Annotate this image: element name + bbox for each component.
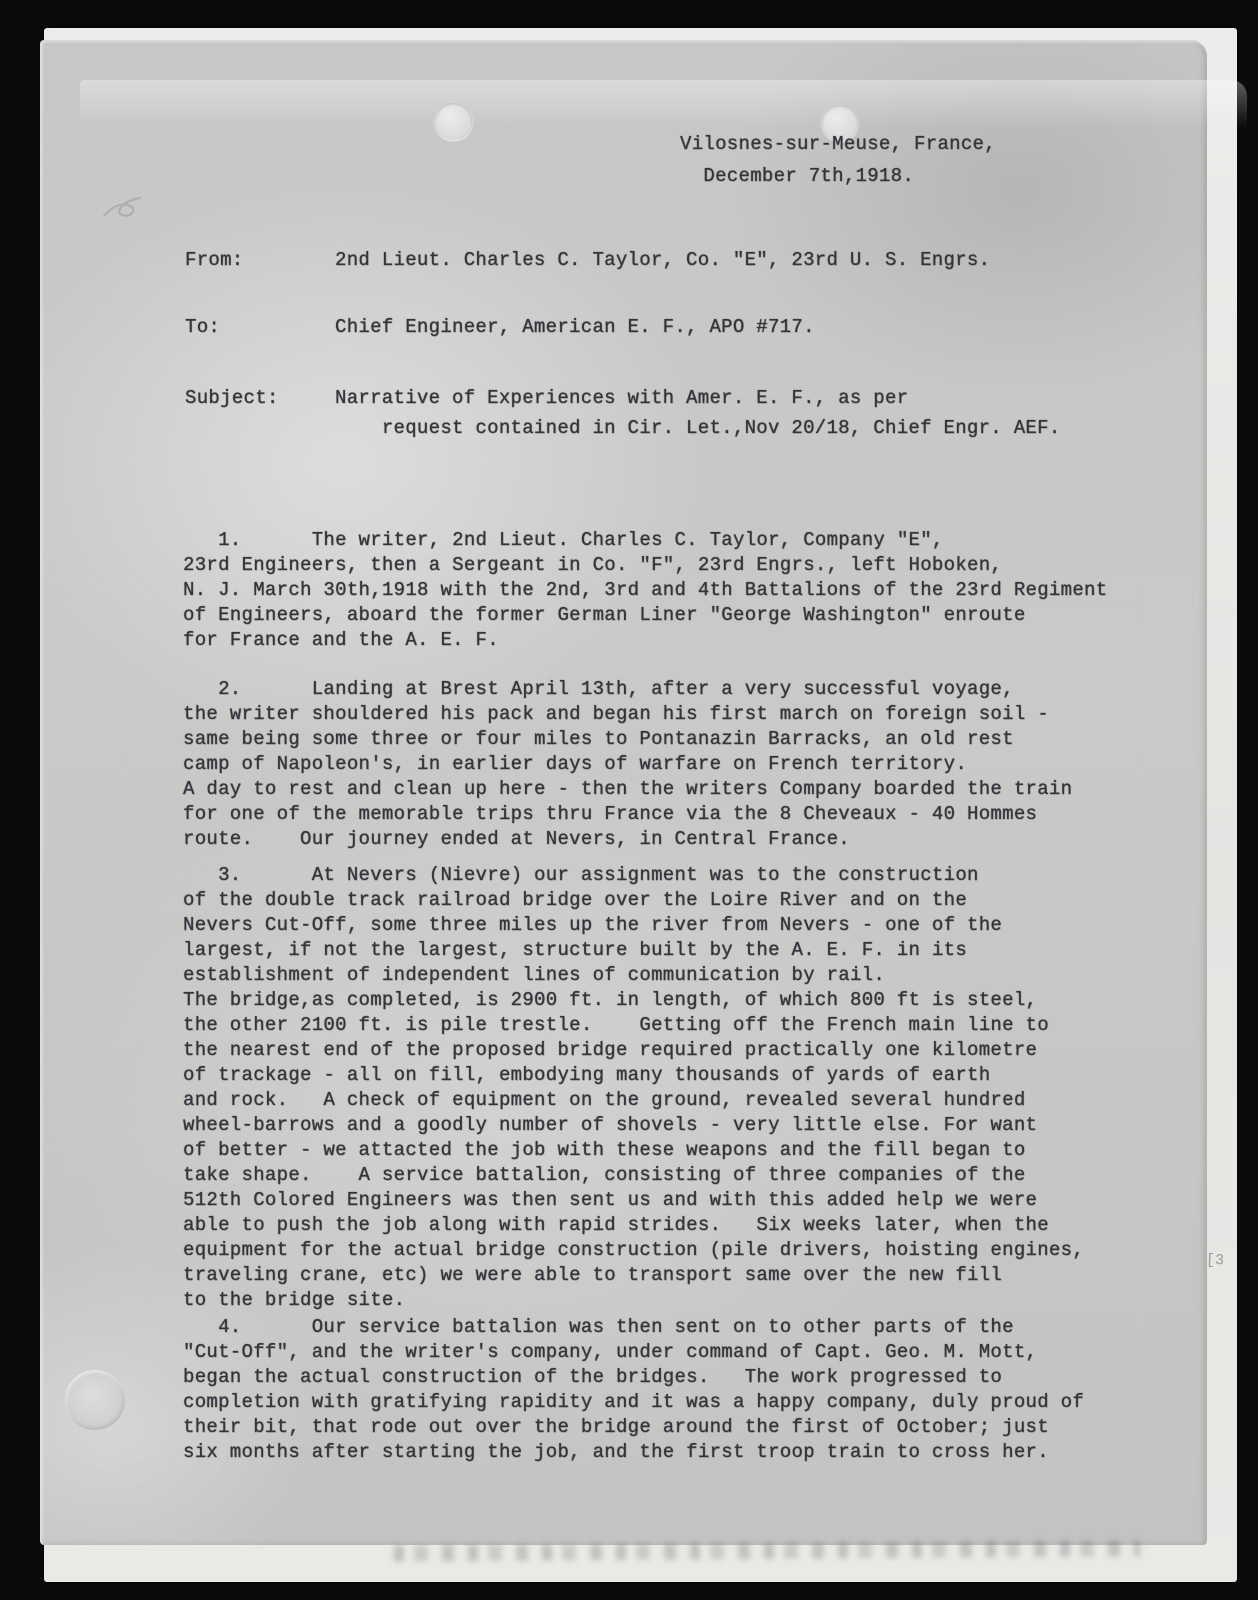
paragraph-4: 4. Our service battalion was then sent o… bbox=[183, 1315, 1123, 1465]
scanned-letter-page: Vilosnes-sur-Meuse, France, December 7th… bbox=[0, 0, 1258, 1600]
embossed-circle bbox=[65, 1370, 125, 1430]
paragraph-2: 2. Landing at Brest April 13th, after a … bbox=[183, 677, 1123, 852]
subject-value: Narrative of Experiences with Amer. E. F… bbox=[335, 383, 1061, 443]
to-row: To: Chief Engineer, American E. F., APO … bbox=[185, 312, 815, 342]
edge-mark: [3 bbox=[1206, 1252, 1225, 1270]
punch-hole-left bbox=[435, 103, 472, 140]
paper-sheen bbox=[80, 80, 1247, 140]
paragraph-1: 1. The writer, 2nd Lieut. Charles C. Tay… bbox=[183, 528, 1123, 653]
subject-row: Subject: Narrative of Experiences with A… bbox=[185, 383, 1061, 443]
to-value: Chief Engineer, American E. F., APO #717… bbox=[335, 312, 815, 342]
from-value: 2nd Lieut. Charles C. Taylor, Co. "E", 2… bbox=[335, 245, 990, 275]
subject-label: Subject: bbox=[185, 383, 335, 443]
to-label: To: bbox=[185, 312, 335, 342]
letter-sheet: Vilosnes-sur-Meuse, France, December 7th… bbox=[40, 40, 1207, 1545]
paragraph-3: 3. At Nevers (Nievre) our assignment was… bbox=[183, 863, 1123, 1313]
from-row: From: 2nd Lieut. Charles C. Taylor, Co. … bbox=[185, 245, 990, 275]
pencil-smudge bbox=[100, 188, 160, 228]
from-label: From: bbox=[185, 245, 335, 275]
dateline: Vilosnes-sur-Meuse, France, December 7th… bbox=[680, 128, 996, 192]
